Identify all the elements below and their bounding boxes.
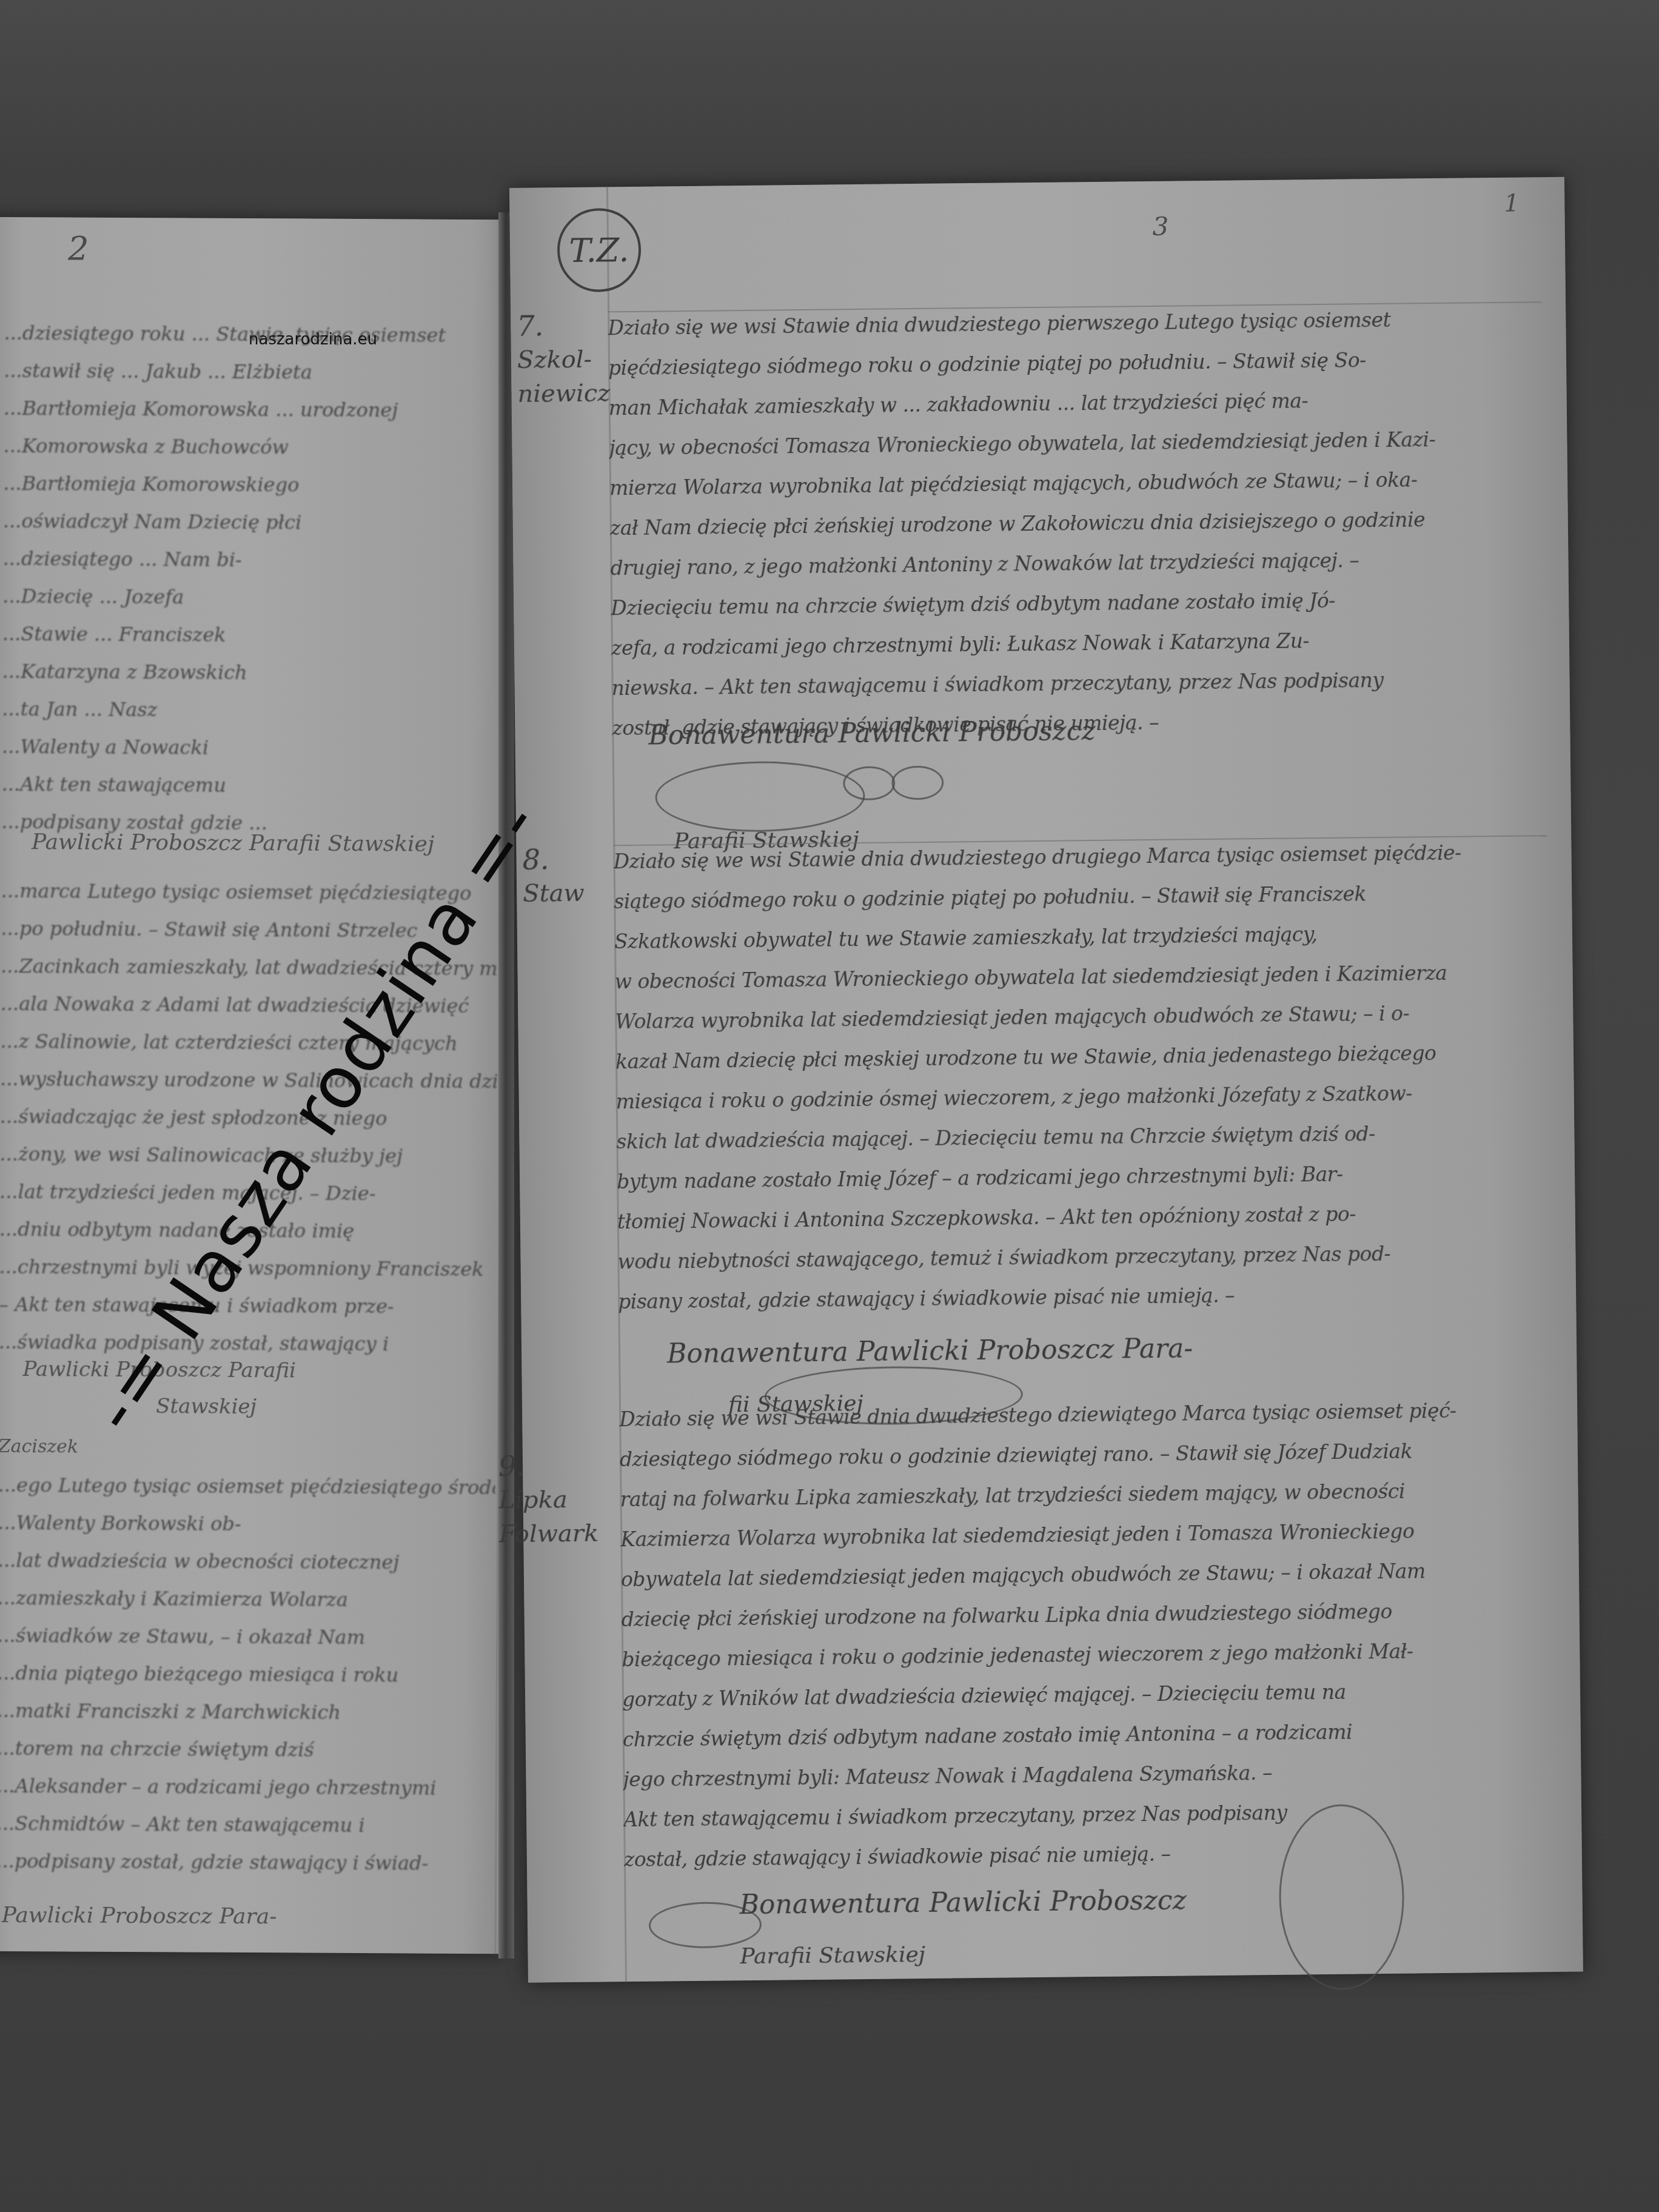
entry-line: ...zamieszkały i Kazimierza Wolarza [0,1579,495,1619]
left-page: 2 ...dziesiątego roku ... Stawie, tysiąc… [0,217,514,1954]
left-page-number: 2 [68,229,89,267]
right-page-number: 3 [1152,212,1168,241]
margin-village: Lipka [498,1482,620,1517]
entry-line: ...lat dwadzieścia w obecności cioteczne… [0,1541,495,1581]
folio-number: 1 [1504,190,1520,218]
left-margin-word: Zaciszek [0,1436,78,1458]
entry-line: ...świadczając że jest spłodzone z niego [0,1098,497,1138]
entry-line: ...Stawie ... Franciszek [2,615,500,655]
entry-line: ...torem na chrzcie świętym dziś [0,1729,494,1769]
entry-7: Działo się we wsi Stawie dnia dwudzieste… [608,298,1534,748]
priest-signature: Bonawentura Pawlicki Proboszcz [739,1885,1187,1920]
left-entry-top: ...dziesiątego roku ... Stawie, tysiąc o… [1,314,501,843]
priest-signature: Bonawentura Pawlicki Proboszcz Para- [667,1333,1193,1369]
left-signature-bottom: Pawlicki Proboszcz Para- [2,1903,277,1929]
entry-line: ...wysłuchawszy urodzone w Salinowicach … [0,1060,497,1100]
entry-line: ...Katarzyna z Bzowskich [2,652,499,692]
entry-line: ...Akt ten stawającemu [1,765,498,805]
entry-line: ...stawił się ... Jakub ... Elżbieta [4,352,501,392]
margin-surname: Szkol- [517,342,609,377]
entry-7-margin: 7. Szkol- niewicz [517,308,609,411]
entry-line: ...Walenty Borkowski ob- [0,1504,495,1544]
entry-line: ...matki Franciszki z Marchwickich [0,1692,494,1732]
archive-stamp: T.Z. [557,208,641,292]
entry-line: ...Komorowska z Buchowców [3,427,500,467]
entry-line: ...Bartłomieja Komorowskiego [3,464,500,504]
left-entry-bottom: ...ego Lutego tysiąc osiemset pięćdziesi… [0,1466,495,1882]
entry-line: ...Aleksander – a rodzicami jego chrzest… [0,1767,494,1807]
priest-signature: Bonawentura Pawlicki Proboszcz [648,716,1096,751]
entry-line: ...Dziecię ... Jozefa [2,577,500,617]
entry-line: ...Schmidtów – Akt ten stawającemu i [0,1805,494,1845]
entry-line: ...świadków ze Stawu, – i okazał Nam [0,1617,494,1657]
right-page: T.Z. 3 1 7. Szkol- niewicz Działo się we… [509,177,1583,1983]
signature-flourish [655,760,865,833]
entry-line: ...dnia piątego bieżącego miesiąca i rok… [0,1654,494,1694]
site-watermark: naszarodzina.eu [249,330,377,349]
entry-number: 7. [517,308,608,343]
signature-flourish [891,766,944,800]
entry-line: ...Walenty a Nowacki [2,728,499,768]
entry-line: ...ta Jan ... Nasz [2,690,499,730]
left-signature-top: Pawlicki Proboszcz Parafii Stawskiej [32,829,434,856]
margin-village: Folwark [499,1516,621,1551]
margin-surname: niewicz [517,376,609,411]
entry-line: ...ego Lutego tysiąc osiemset pięćdziesi… [0,1466,495,1506]
parish-signature: Parafii Stawskiej [740,1942,925,1969]
entry-line: – Akt ten stawającemu i świadkom prze- [0,1285,496,1326]
entry-9: Działo się we wsi Stawie dnia dwudzieste… [619,1390,1546,1880]
entry-line: ...podpisany został, gdzie stawający i ś… [0,1842,493,1882]
signature-flourish [843,766,896,800]
entry-8: Działo się we wsi Stawie dnia dwudzieste… [613,832,1540,1322]
margin-village: Staw [523,876,614,911]
entry-9-margin: 9. Lipka Folwark [498,1448,621,1551]
entry-line: ...dziesiątego ... Nam bi- [2,540,500,580]
entry-number: 9. [498,1448,620,1483]
entry-line: ...Bartłomieja Komorowska ... urodzonej [4,389,501,429]
entry-line: ...oświadczył Nam Dziecię płci [3,502,500,542]
